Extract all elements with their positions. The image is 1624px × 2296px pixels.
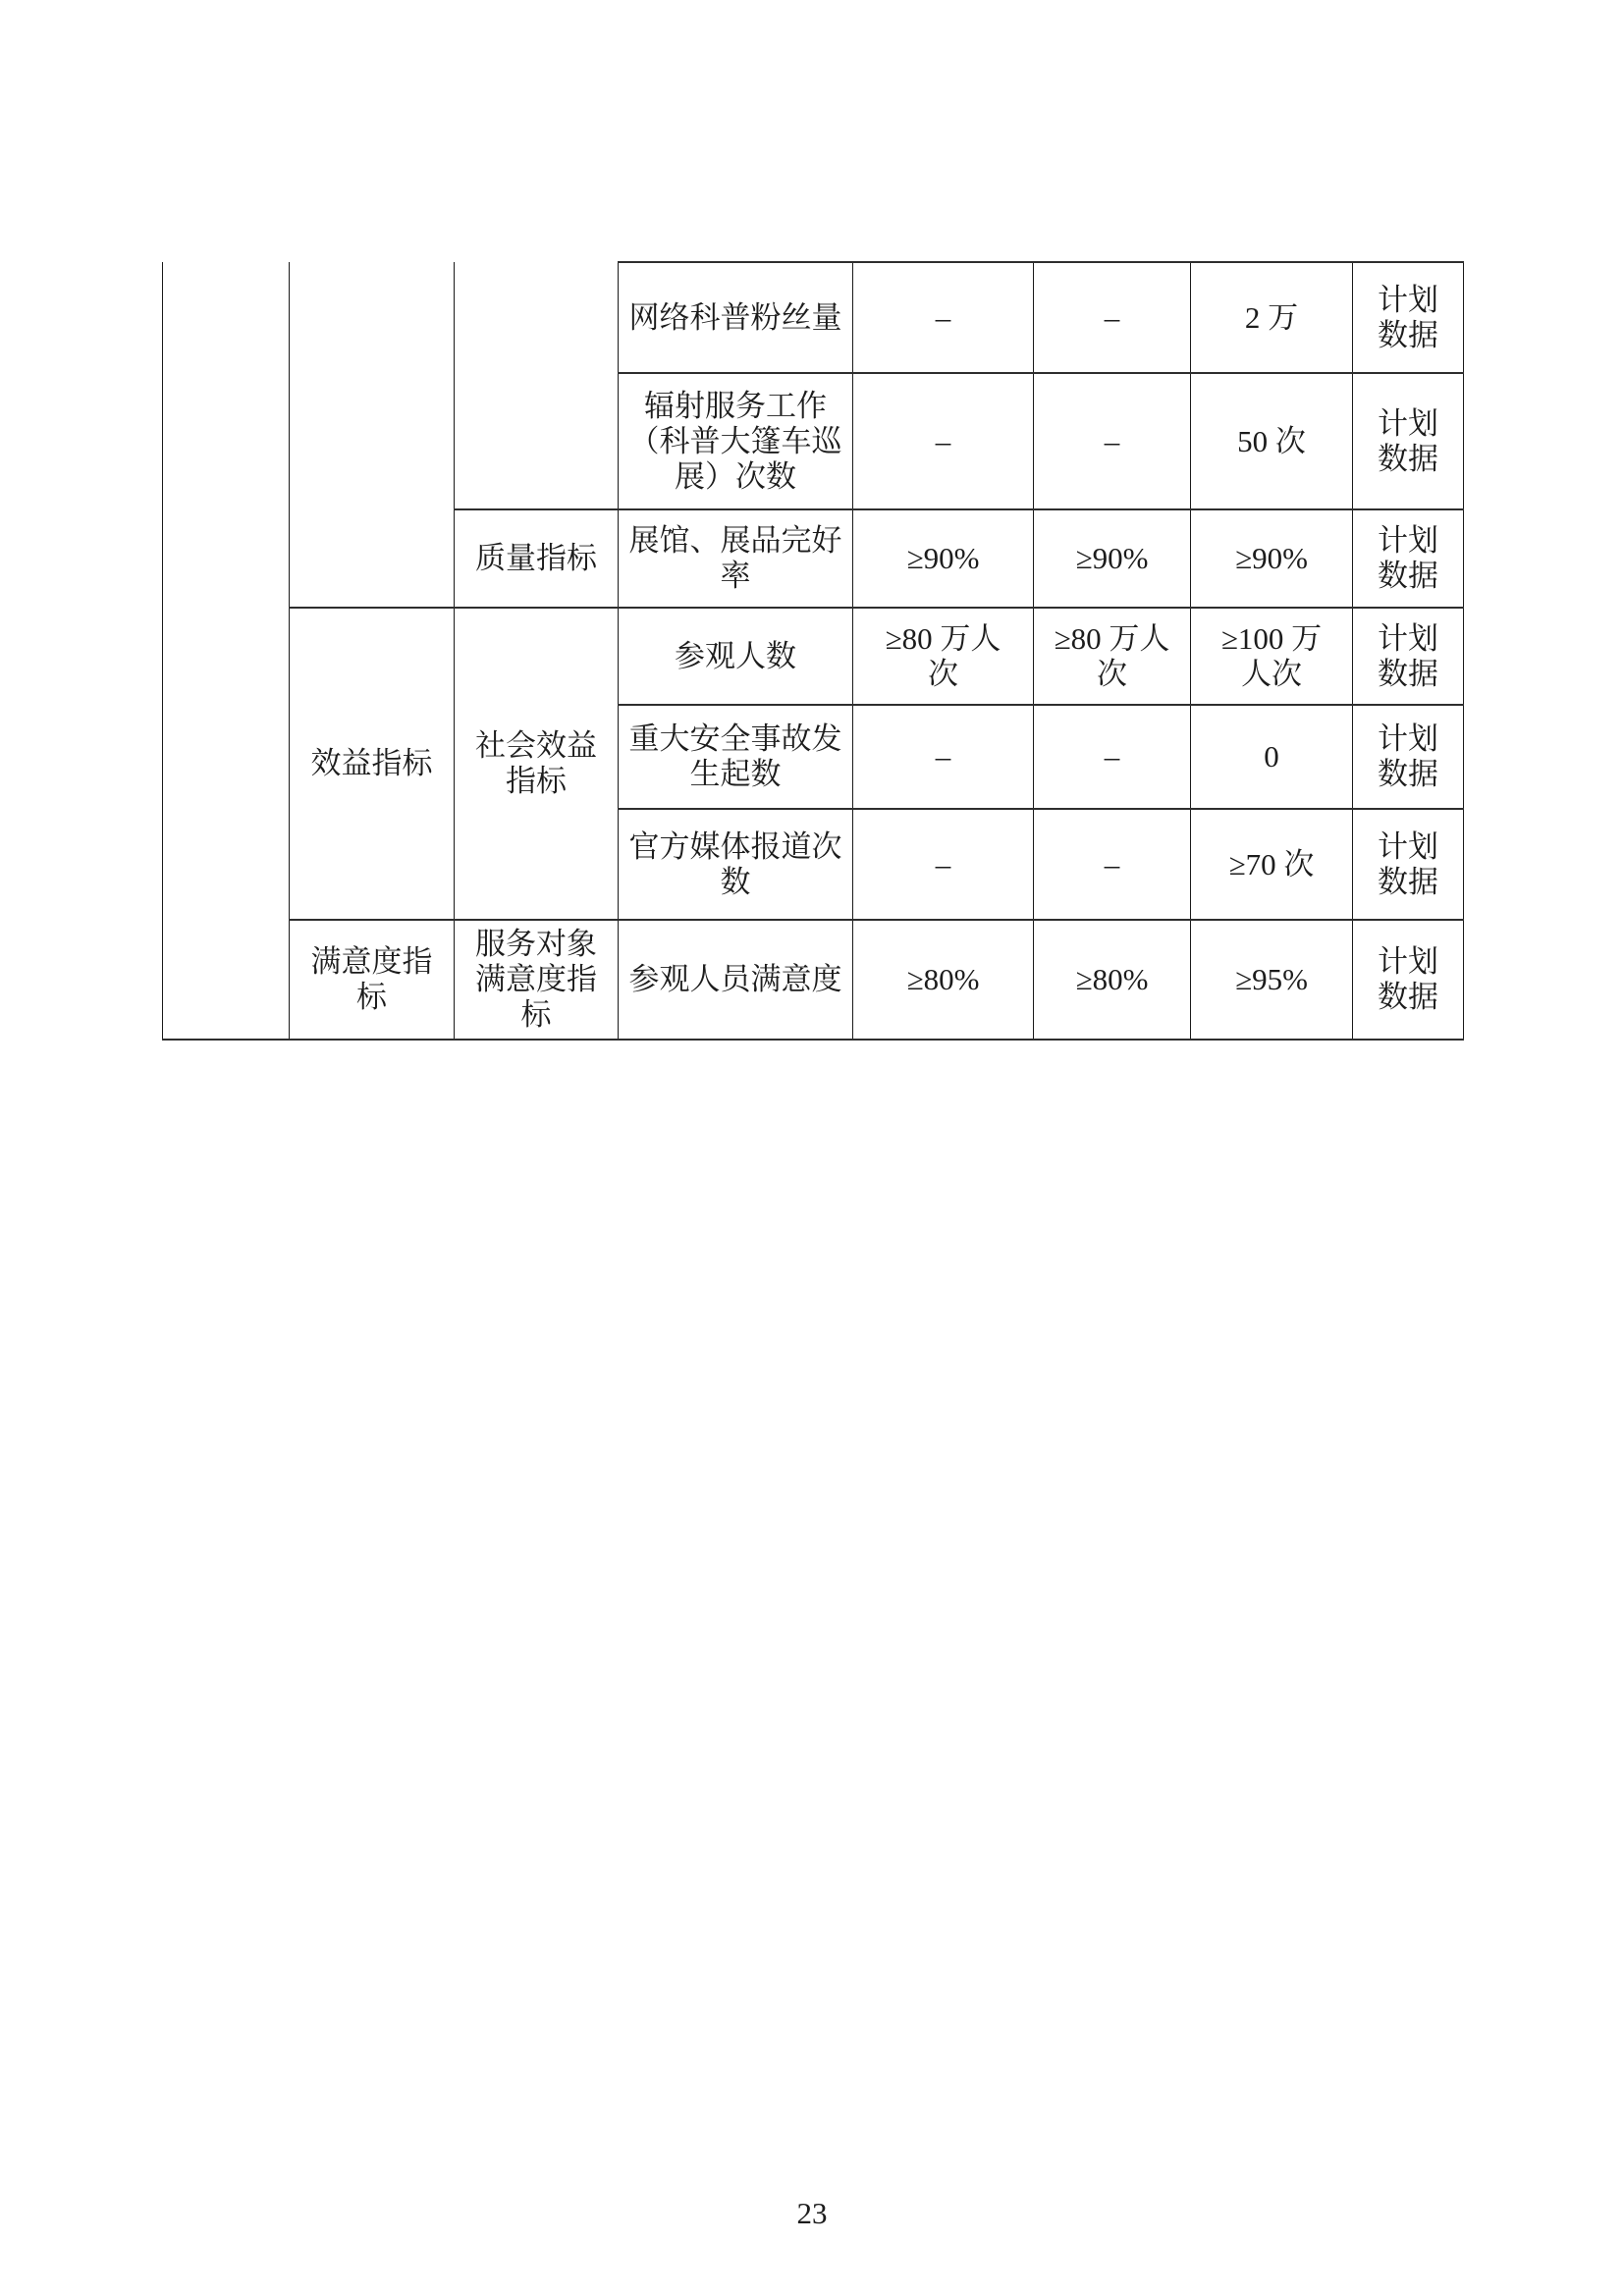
cell-exhibit-source: 计划 数据	[1353, 509, 1464, 608]
cell-media-value-2: –	[1034, 809, 1191, 920]
cell-blank-continued-col2	[290, 262, 455, 608]
cell-web-fans-source: 计划 数据	[1353, 262, 1464, 373]
cell-web-fans-value-1: –	[853, 262, 1034, 373]
cell-subcategory-service-target-satisfaction: 服务对象 满意度指 标	[455, 920, 619, 1040]
cell-satisfaction-value-2: ≥80%	[1034, 920, 1191, 1040]
cell-indicator-visitor-count: 参观人数	[619, 608, 853, 705]
document-page: 网络科普粉丝量 – – 2 万 计划 数据 辐射服务工作 （科普大篷车巡 展）次…	[0, 0, 1624, 2296]
cell-visitor-value-2: ≥80 万人 次	[1034, 608, 1191, 705]
cell-indicator-media-reports: 官方媒体报道次 数	[619, 809, 853, 920]
cell-web-fans-value-2: –	[1034, 262, 1191, 373]
page-number: 23	[0, 2197, 1624, 2230]
cell-satisfaction-value-1: ≥80%	[853, 920, 1034, 1040]
cell-subcategory-social-benefit: 社会效益 指标	[455, 608, 619, 920]
cell-indicator-safety-accidents: 重大安全事故发 生起数	[619, 705, 853, 809]
cell-visitor-value-3: ≥100 万 人次	[1191, 608, 1353, 705]
cell-indicator-outreach-service: 辐射服务工作 （科普大篷车巡 展）次数	[619, 373, 853, 509]
cell-exhibit-value-1: ≥90%	[853, 509, 1034, 608]
cell-category-satisfaction: 满意度指 标	[290, 920, 455, 1040]
cell-exhibit-value-3: ≥90%	[1191, 509, 1353, 608]
cell-blank-continued-col3	[455, 262, 619, 509]
cell-media-value-1: –	[853, 809, 1034, 920]
cell-visitor-source: 计划 数据	[1353, 608, 1464, 705]
cell-safety-value-3: 0	[1191, 705, 1353, 809]
cell-media-value-3: ≥70 次	[1191, 809, 1353, 920]
cell-safety-value-1: –	[853, 705, 1034, 809]
performance-indicator-table: 网络科普粉丝量 – – 2 万 计划 数据 辐射服务工作 （科普大篷车巡 展）次…	[162, 261, 1464, 1041]
cell-indicator-visitor-satisfaction: 参观人员满意度	[619, 920, 853, 1040]
cell-media-source: 计划 数据	[1353, 809, 1464, 920]
cell-outreach-value-2: –	[1034, 373, 1191, 509]
cell-outreach-source: 计划 数据	[1353, 373, 1464, 509]
cell-web-fans-value-3: 2 万	[1191, 262, 1353, 373]
table-row: 满意度指 标 服务对象 满意度指 标 参观人员满意度 ≥80% ≥80% ≥95…	[163, 920, 1464, 1040]
table-row: 网络科普粉丝量 – – 2 万 计划 数据	[163, 262, 1464, 373]
cell-exhibit-value-2: ≥90%	[1034, 509, 1191, 608]
cell-satisfaction-source: 计划 数据	[1353, 920, 1464, 1040]
cell-visitor-value-1: ≥80 万人 次	[853, 608, 1034, 705]
cell-indicator-exhibit-condition: 展馆、展品完好 率	[619, 509, 853, 608]
cell-outreach-value-3: 50 次	[1191, 373, 1353, 509]
cell-category-benefit: 效益指标	[290, 608, 455, 920]
cell-satisfaction-value-3: ≥95%	[1191, 920, 1353, 1040]
cell-blank-continued-col1	[163, 262, 290, 1040]
cell-safety-value-2: –	[1034, 705, 1191, 809]
cell-indicator-web-fans: 网络科普粉丝量	[619, 262, 853, 373]
cell-category-quality: 质量指标	[455, 509, 619, 608]
cell-outreach-value-1: –	[853, 373, 1034, 509]
cell-safety-source: 计划 数据	[1353, 705, 1464, 809]
table-row: 效益指标 社会效益 指标 参观人数 ≥80 万人 次 ≥80 万人 次 ≥100…	[163, 608, 1464, 705]
